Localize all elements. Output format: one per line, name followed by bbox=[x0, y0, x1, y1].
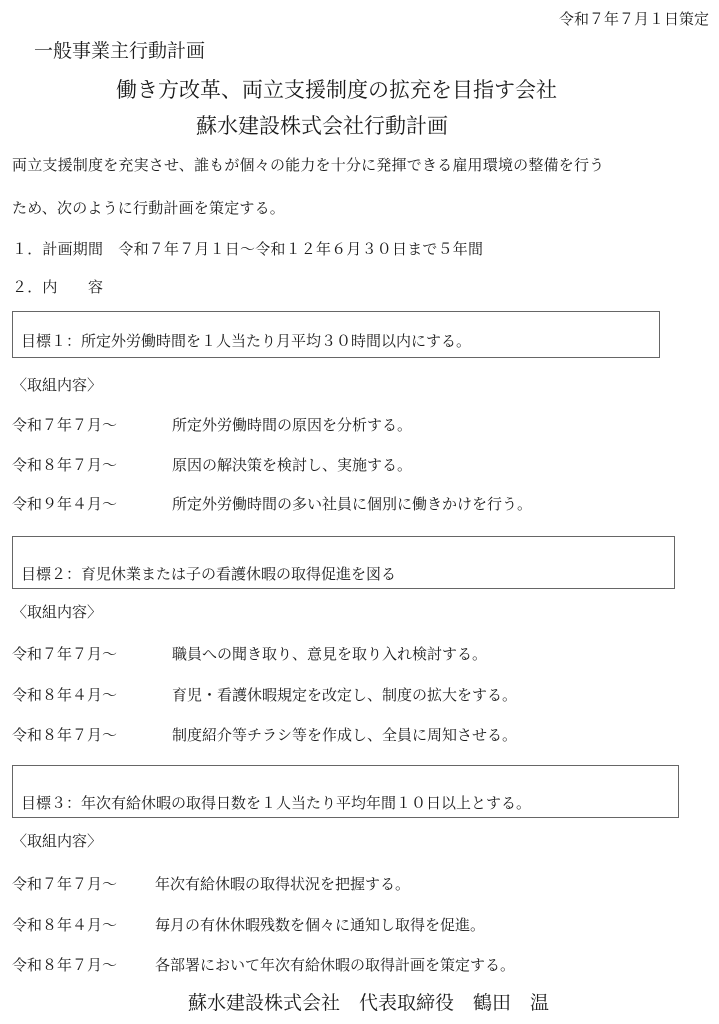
item-text: 各部署において年次有給休暇の取得計画を策定する。 bbox=[155, 954, 515, 975]
plan-period: １．計画期間 令和７年７月１日～令和１２年６月３０日まで５年間 bbox=[12, 238, 483, 259]
item-date: 令和８年４月～ bbox=[12, 684, 117, 705]
goal-3-title: 目標３：年次有給休暇の取得日数を１人当たり平均年間１０日以上とする。 bbox=[21, 792, 531, 813]
goal-2-box: 目標２：育児休業または子の看護休暇の取得促進を図る bbox=[12, 536, 675, 589]
company-plan-title: 蘇水建設株式会社行動計画 bbox=[196, 110, 448, 140]
item-date: 令和８年７月～ bbox=[12, 454, 117, 475]
established-date: 令和７年７月１日策定 bbox=[559, 8, 709, 29]
content-heading: ２．内 容 bbox=[12, 276, 103, 297]
document-title: 一般事業主行動計画 bbox=[34, 36, 205, 63]
item-date: 令和９年４月～ bbox=[12, 493, 117, 514]
item-text: 職員への聞き取り、意見を取り入れ検討する。 bbox=[172, 643, 487, 664]
goal-1-box: 目標１：所定外労働時間を１人当たり月平均３０時間以内にする。 bbox=[12, 311, 660, 358]
item-date: 令和８年７月～ bbox=[12, 954, 117, 975]
item-date: 令和８年４月～ bbox=[12, 914, 117, 935]
goal-3-actions-label: 〈取組内容〉 bbox=[12, 830, 102, 851]
item-text: 毎月の有休休暇残数を個々に通知し取得を促進。 bbox=[155, 914, 485, 935]
item-text: 所定外労働時間の多い社員に個別に働きかけを行う。 bbox=[172, 493, 532, 514]
document-subtitle: 働き方改革、両立支援制度の拡充を目指す会社 bbox=[116, 74, 557, 104]
item-date: 令和７年７月～ bbox=[12, 873, 117, 894]
item-text: 育児・看護休暇規定を改定し、制度の拡大をする。 bbox=[172, 684, 517, 705]
intro-line-1: 両立支援制度を充実させ、誰もが個々の能力を十分に発揮できる雇用環境の整備を行う bbox=[12, 154, 604, 175]
goal-2-title: 目標２：育児休業または子の看護休暇の取得促進を図る bbox=[21, 563, 396, 584]
item-text: 年次有給休暇の取得状況を把握する。 bbox=[155, 873, 410, 894]
item-date: 令和８年７月～ bbox=[12, 724, 117, 745]
item-date: 令和７年７月～ bbox=[12, 643, 117, 664]
item-text: 所定外労働時間の原因を分析する。 bbox=[172, 414, 412, 435]
goal-1-actions-label: 〈取組内容〉 bbox=[12, 374, 102, 395]
item-text: 制度紹介等チラシ等を作成し、全員に周知させる。 bbox=[172, 724, 517, 745]
item-date: 令和７年７月～ bbox=[12, 414, 117, 435]
goal-2-actions-label: 〈取組内容〉 bbox=[12, 601, 102, 622]
item-text: 原因の解決策を検討し、実施する。 bbox=[172, 454, 412, 475]
intro-line-2: ため、次のように行動計画を策定する。 bbox=[12, 197, 285, 218]
goal-1-title: 目標１：所定外労働時間を１人当たり月平均３０時間以内にする。 bbox=[21, 330, 471, 351]
goal-3-box: 目標３：年次有給休暇の取得日数を１人当たり平均年間１０日以上とする。 bbox=[12, 765, 679, 818]
signature: 蘇水建設株式会社 代表取締役 鶴田 温 bbox=[188, 988, 549, 1015]
